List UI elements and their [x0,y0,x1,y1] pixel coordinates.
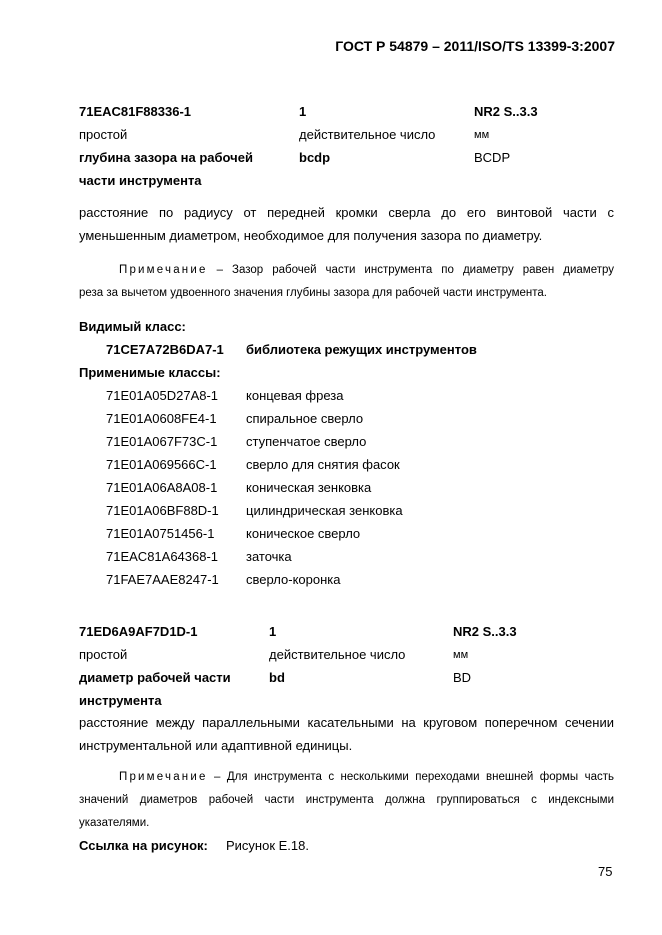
class-name: цилиндрическая зенковка [246,503,403,519]
document-header: ГОСТ Р 54879 – 2011/ISO/TS 13399-3:2007 [335,38,615,54]
entry-unit: мм [453,647,468,663]
entry-kind: простой [79,647,127,663]
entry-symbol: bcdp [299,150,330,166]
applicable-classes-heading: Применимые классы: [79,365,221,381]
entry-symbol: bd [269,670,285,686]
entry-note: Примечание – Зазор рабочей части инструм… [79,259,614,305]
entry-code: BD [453,670,471,686]
entry-version: 1 [299,104,306,120]
entry-name-line1: глубина зазора на рабочей [79,150,253,166]
entry-code: BCDP [474,150,510,166]
entry-name-line1: диаметр рабочей части [79,670,231,686]
entry-datatype: действительное число [269,647,405,663]
class-id: 71E01A05D27A8-1 [106,388,218,404]
class-name: концевая фреза [246,388,343,404]
entry-name-line2: инструмента [79,693,162,709]
figure-reference-label: Ссылка на рисунок: [79,838,208,854]
entry-definition: расстояние по радиусу от передней кромки… [79,201,614,247]
class-id: 71FAE7AAE8247-1 [106,572,219,588]
class-id: 71E01A069566C-1 [106,457,217,473]
note-label: Примечание [119,264,208,276]
class-id: 71E01A0608FE4-1 [106,411,217,427]
entry-name-line2: части инструмента [79,173,202,189]
visible-class-name: библиотека режущих инструментов [246,342,477,358]
class-name: спиральное сверло [246,411,363,427]
note-label: Примечание [119,771,208,783]
visible-class-id: 71CE7A72B6DA7-1 [106,342,224,358]
class-id: 71E01A067F73C-1 [106,434,217,450]
entry-reference: NR2 S..3.3 [474,104,538,120]
entry-note: Примечание – Для инструмента с нескольки… [79,766,614,835]
class-name: ступенчатое сверло [246,434,366,450]
entry-datatype: действительное число [299,127,435,143]
page-number: 75 [598,864,612,879]
class-id: 71E01A0751456-1 [106,526,214,542]
class-id: 71EAC81A64368-1 [106,549,218,565]
class-id: 71E01A06BF88D-1 [106,503,219,519]
class-id: 71E01A06A8A08-1 [106,480,217,496]
entry-id: 71ED6A9AF7D1D-1 [79,624,198,640]
class-name: коническая зенковка [246,480,371,496]
entry-reference: NR2 S..3.3 [453,624,517,640]
entry-definition: расстояние между параллельными касательн… [79,711,614,757]
class-name: сверло для снятия фасок [246,457,400,473]
entry-kind: простой [79,127,127,143]
visible-class-heading: Видимый класс: [79,319,186,335]
class-name: заточка [246,549,292,565]
entry-version: 1 [269,624,276,640]
entry-unit: мм [474,127,489,143]
class-name: коническое сверло [246,526,360,542]
entry-id: 71EAC81F88336-1 [79,104,191,120]
figure-reference-value: Рисунок Е.18. [226,838,309,854]
class-name: сверло-коронка [246,572,340,588]
